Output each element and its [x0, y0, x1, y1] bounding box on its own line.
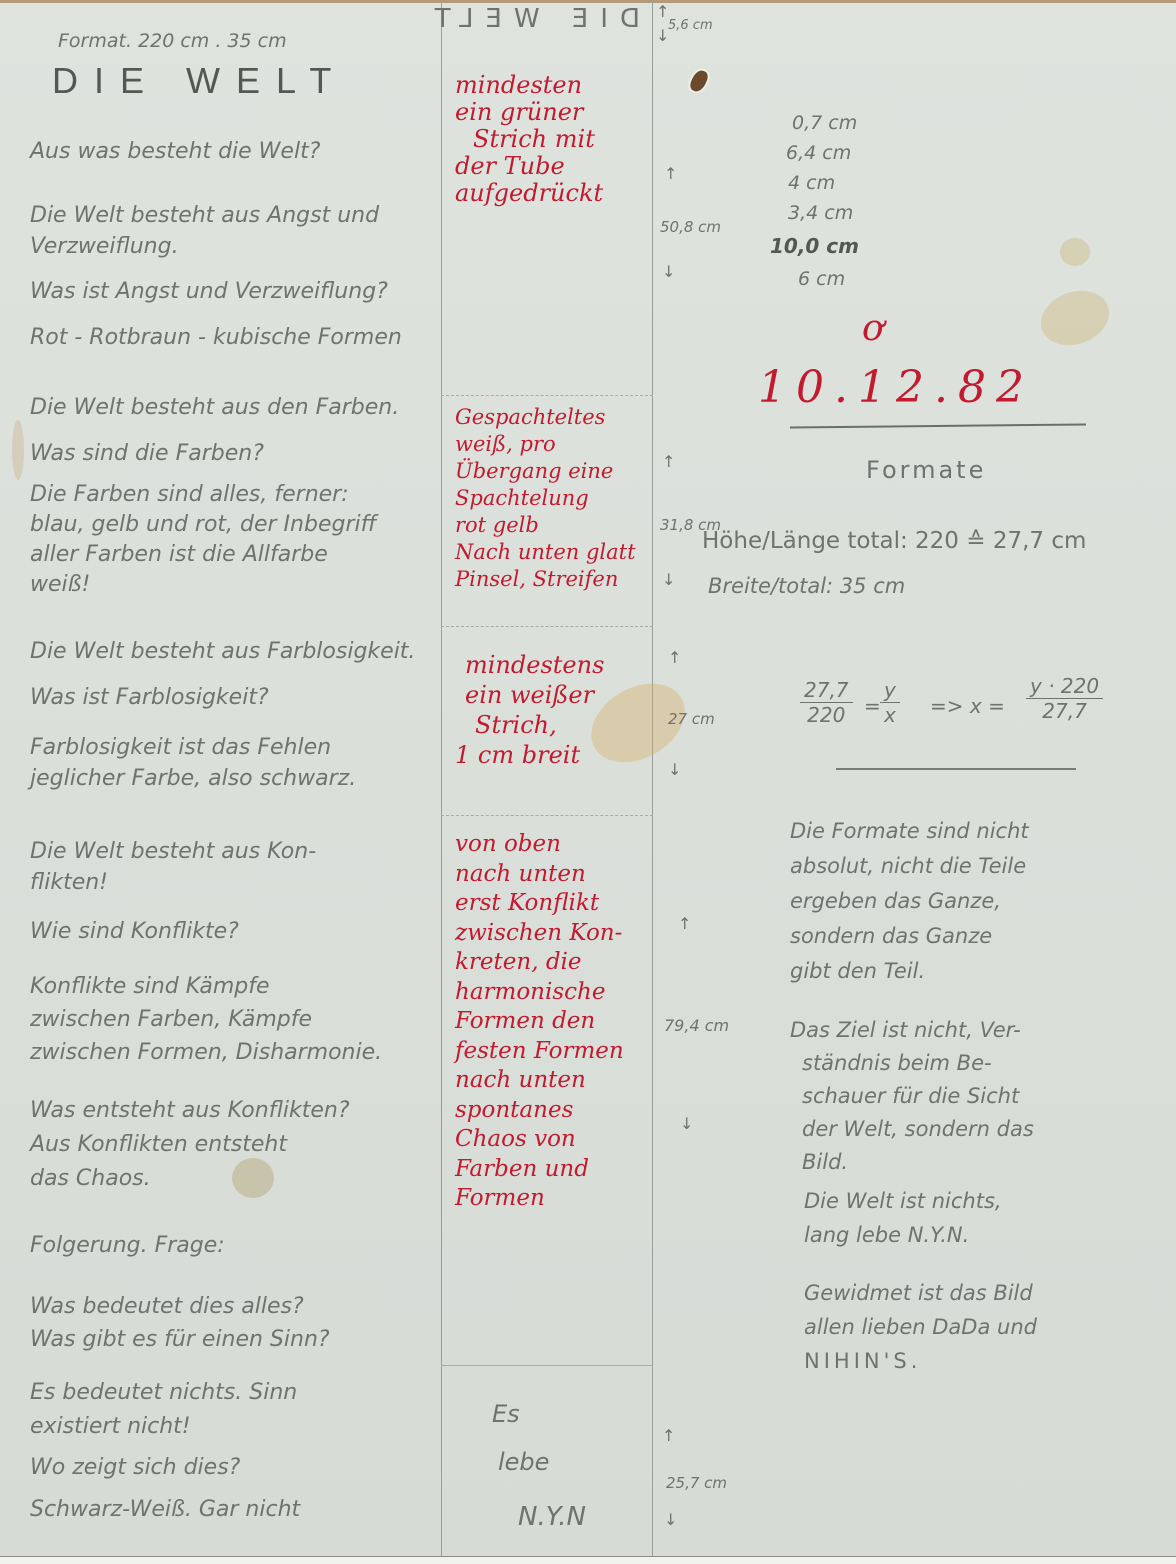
- paper-sheet: Format. 220 cm . 35 cm DIE WELT Aus was …: [0, 0, 1176, 1564]
- formula-underline: [836, 768, 1076, 770]
- date-underline: [790, 423, 1086, 428]
- section-divider-4: [441, 1365, 653, 1366]
- arrow-down-icon: ↓: [680, 1114, 693, 1133]
- fraction-mid: y x: [880, 678, 900, 727]
- left-paragraph: Was sind die Farben?: [30, 438, 264, 469]
- instruction-green-stroke: mindesten ein grüner Strich mit der Tube…: [455, 72, 603, 207]
- format-line: Format. 220 cm . 35 cm: [58, 30, 287, 52]
- left-paragraph: Konflikte sind Kämpfezwischen Farben, Kä…: [30, 970, 382, 1069]
- left-paragraph: Die Welt besteht aus Kon-flikten!: [30, 836, 316, 898]
- note-paragraph: Das Ziel ist nicht, Ver- ständnis beim B…: [790, 1014, 1034, 1179]
- note-paragraph: Die Welt ist nichts, lang lebe N.Y.N.: [804, 1184, 1002, 1252]
- mirrored-title: DIE WELT: [450, 4, 640, 34]
- left-paragraph: Die Farben sind alles, ferner:blau, gelb…: [30, 480, 377, 600]
- left-paragraph: Wo zeigt sich dies?: [30, 1452, 240, 1483]
- left-paragraph: Aus was besteht die Welt?: [30, 136, 320, 167]
- arrow-down-icon: ↓: [664, 1510, 677, 1529]
- signature-mark: ơ: [862, 308, 884, 349]
- left-paragraph: Was bedeutet dies alles?Was gibt es für …: [30, 1290, 330, 1356]
- height-total: Höhe/Länge total: 220 ≙ 27,7 cm: [702, 528, 1086, 554]
- middle-column-left-border: [441, 0, 442, 1556]
- es-lebe-line: lebe: [498, 1448, 549, 1476]
- nyn-signature: N.Y.N: [518, 1502, 586, 1532]
- note-paragraph: Die Formate sind nicht absolut, nicht di…: [790, 814, 1029, 989]
- arrow-up-icon: ↑: [662, 452, 675, 471]
- arrow-down-icon: ↓: [668, 760, 681, 779]
- punch-hole: [685, 65, 712, 96]
- left-paragraph: Die Welt besteht aus Farblosigkeit.: [30, 636, 415, 667]
- measure-label: 27 cm: [668, 710, 715, 728]
- coffee-stain: [12, 420, 24, 480]
- left-paragraph: Farblosigkeit ist das Fehlenjeglicher Fa…: [30, 732, 356, 794]
- section-divider-2: [441, 626, 653, 627]
- arrow-up-icon: ↑: [662, 1426, 675, 1445]
- arrow-up-icon: ↑: [668, 648, 681, 667]
- fraction-rhs: y · 220 27,7: [1026, 674, 1103, 723]
- left-paragraph: Wie sind Konflikte?: [30, 916, 239, 947]
- list-item: 6 cm: [798, 268, 845, 290]
- middle-column-right-border: [652, 0, 653, 1556]
- fraction-lhs: 27,7 220: [800, 678, 853, 727]
- measure-label: 50,8 cm: [660, 218, 721, 236]
- left-paragraph: Was entsteht aus Konflikten?Aus Konflikt…: [30, 1094, 350, 1196]
- section-divider-1: [441, 395, 653, 396]
- left-paragraph: Es bedeutet nichts. Sinnexistiert nicht!: [30, 1376, 297, 1444]
- measure-label: 5,6 cm: [668, 18, 713, 33]
- measure-label: 25,7 cm: [666, 1474, 727, 1492]
- list-item: 0,7 cm: [792, 112, 857, 134]
- instruction-white-stroke: mindestens ein weißer Strich, 1 cm breit: [455, 650, 604, 770]
- equals-sign: =: [864, 694, 881, 718]
- es-lebe-line: Es: [492, 1400, 520, 1428]
- left-paragraph: Die Welt besteht aus den Farben.: [30, 392, 399, 423]
- measure-label: 79,4 cm: [664, 1016, 729, 1035]
- list-item: 4 cm: [788, 172, 835, 194]
- coffee-stain: [1033, 282, 1117, 355]
- note-paragraph: Gewidmet ist das Bild allen lieben DaDa …: [804, 1276, 1037, 1378]
- left-paragraph: Schwarz-Weiß. Gar nicht: [30, 1494, 300, 1525]
- left-paragraph: Die Welt besteht aus Angst undVerzweiflu…: [30, 200, 379, 262]
- left-paragraph: Was ist Angst und Verzweiflung?: [30, 276, 388, 307]
- section-divider-3: [441, 815, 653, 816]
- arrow-up-icon: ↑: [664, 164, 677, 183]
- list-item: 10,0 cm: [770, 234, 859, 258]
- instruction-spachtel: Gespachteltes weiß, pro Übergang eine Sp…: [455, 404, 636, 593]
- width-total: Breite/total: 35 cm: [708, 574, 905, 598]
- paper-top-edge: [0, 0, 1176, 3]
- date: 10.12.82: [758, 362, 1034, 413]
- arrow-down-icon: ↓: [662, 570, 675, 589]
- formate-heading: Formate: [866, 456, 986, 484]
- arrow-down-icon: ↓: [662, 262, 675, 281]
- arrow-down-icon: ↓: [656, 26, 669, 45]
- instruction-conflict-chaos: von oben nach unten erst Konflikt zwisch…: [455, 830, 624, 1214]
- coffee-stain: [1060, 238, 1090, 266]
- paper-bottom-edge: [0, 1556, 1176, 1564]
- list-item: 6,4 cm: [786, 142, 851, 164]
- implies-text: => x =: [930, 694, 1005, 718]
- left-paragraph: Rot - Rotbraun - kubische Formen: [30, 322, 402, 353]
- left-paragraph: Folgerung. Frage:: [30, 1230, 225, 1261]
- left-paragraph: Was ist Farblosigkeit?: [30, 682, 269, 713]
- list-item: 3,4 cm: [788, 202, 853, 224]
- document-title: DIE WELT: [52, 60, 347, 102]
- arrow-up-icon: ↑: [678, 914, 691, 933]
